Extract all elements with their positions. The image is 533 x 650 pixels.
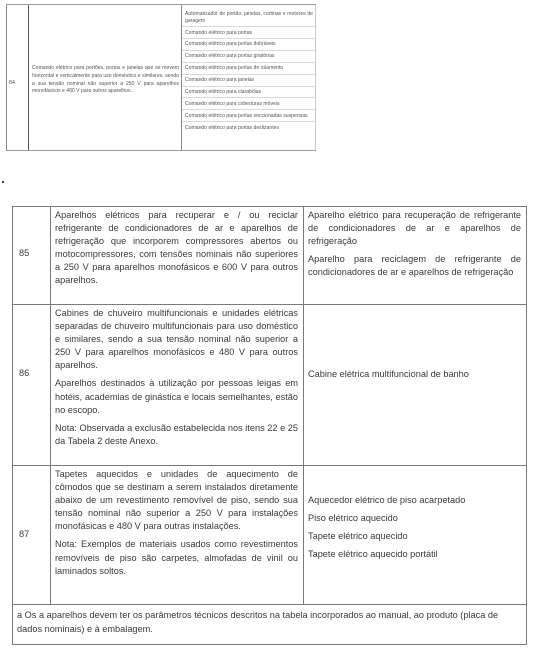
item-number: 85 [19, 248, 29, 258]
description-paragraph: Aparelhos elétricos para recuperar e / o… [55, 209, 298, 288]
cell-item-number: 85 [13, 207, 51, 304]
description-paragraph: Aparelhos destinados à utilização por pe… [55, 377, 298, 416]
cell-item-number: 86 [13, 305, 51, 465]
product-item: Comando elétrico para portas giratórias [182, 51, 315, 63]
product-item: Tapete elétrico aquecido [308, 530, 521, 543]
cell-description: Tapetes aquecidos e unidades de aquecime… [51, 466, 304, 604]
item-number: 84 [9, 80, 15, 86]
product-list: Automatizador de portão, janelas, cortin… [182, 9, 315, 133]
cell-products: Cabine elétrica multifuncional de banho [304, 305, 526, 465]
cell-products: Aparelho elétrico para recuperação de re… [304, 207, 526, 304]
product-item: Aquecedor elétrico de piso acarpetado [308, 494, 521, 507]
product-item: Automatizador de portão, janelas, cortin… [182, 9, 315, 27]
cell-item-number: 87 [13, 466, 51, 604]
product-item: Comando elétrico para clarabóias [182, 87, 315, 99]
table-row-87: 87 Tapetes aquecidos e unidades de aquec… [13, 466, 526, 605]
main-table: 85 Aparelhos elétricos para recuperar e … [12, 206, 527, 645]
product-item: Comando elétrico para portas de rolament… [182, 63, 315, 75]
cell-item-number: 84 [7, 5, 29, 150]
item-number: 87 [19, 529, 29, 539]
product-item: Tapete elétrico aquecido portátil [308, 548, 521, 561]
product-item: Comando elétrico para portas deslizantes [182, 122, 315, 133]
description-paragraph: Cabines de chuveiro multifuncionais e un… [55, 307, 298, 372]
product-item: Piso elétrico aquecido [308, 512, 521, 525]
description-paragraph: Tapetes aquecidos e unidades de aquecime… [55, 468, 298, 533]
table-footnote: a Os a aparelhos devem ter os parâmetros… [13, 605, 526, 644]
product-item: Comando elétrico para janelas [182, 75, 315, 87]
table-row-84: 84 Comando elétrico para portões, portas… [6, 4, 316, 151]
separator-dot [2, 181, 4, 183]
product-item: Cabine elétrica multifuncional de banho [308, 368, 521, 381]
cell-products: Automatizador de portão, janelas, cortin… [182, 5, 315, 150]
table-row-85: 85 Aparelhos elétricos para recuperar e … [13, 207, 526, 305]
product-item: Comando elétrico para portas [182, 27, 315, 39]
product-item: Aparelho para reciclagem de refrigerante… [308, 253, 521, 279]
item-number: 86 [19, 368, 29, 378]
product-item: Comando elétrico para coberturas móveis [182, 98, 315, 110]
product-item: Aparelho elétrico para recuperação de re… [308, 209, 521, 248]
table-row-86: 86 Cabines de chuveiro multifuncionais e… [13, 305, 526, 466]
cell-description: Aparelhos elétricos para recuperar e / o… [51, 207, 304, 304]
note-paragraph: Nota: Observada a exclusão estabelecida … [55, 422, 298, 448]
cell-description: Cabines de chuveiro multifuncionais e un… [51, 305, 304, 465]
cell-products: Aquecedor elétrico de piso acarpetado Pi… [304, 466, 526, 604]
note-paragraph: Nota: Exemplos de materiais usados como … [55, 538, 298, 577]
product-item: Comando elétrico para portas seccionadas… [182, 110, 315, 122]
cell-description: Comando elétrico para portões, portas e … [29, 5, 182, 150]
item-description: Comando elétrico para portões, portas e … [32, 65, 179, 96]
product-item: Comando elétrico para portas dobráveis [182, 39, 315, 51]
